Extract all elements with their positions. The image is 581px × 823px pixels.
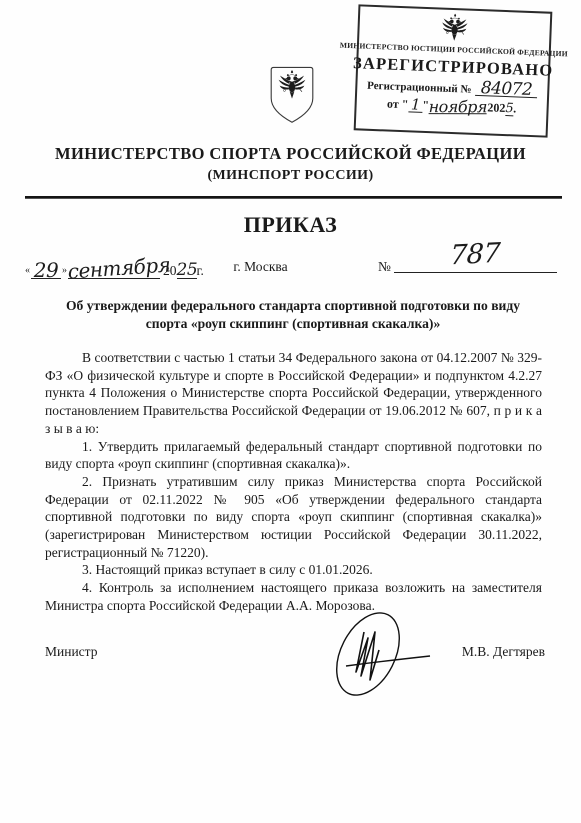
header-divider-rule [25,196,562,199]
ministry-subtitle: (МИНСПОРТ РОССИИ) [0,168,581,184]
stamp-eagle-icon [437,12,472,43]
order-number-label: № [378,259,391,275]
order-heading: ПРИКАЗ [0,212,581,238]
stamp-reg-label: Регистрационный № [367,80,472,96]
stamp-registration-line: Регистрационный № 84072 [367,77,538,99]
body-paragraph: 3. Настоящий приказ вступает в силу с 01… [45,561,542,579]
body-paragraph: 1. Утвердить прилагаемый федеральный ста… [45,438,542,473]
stamp-date-line: от "1"ноября2025. [387,96,517,116]
justice-registration-stamp: МИНИСТЕРСТВО ЮСТИЦИИ РОССИЙСКОЙ ФЕДЕРАЦИ… [354,4,553,137]
stamp-date-month-handwritten: ноября [429,100,487,114]
order-number-handwritten: 787 [450,241,501,270]
signer-role: Министр [45,644,97,660]
ministry-title: МИНИСТЕРСТВО СПОРТА РОССИЙСКОЙ ФЕДЕРАЦИИ [0,144,581,164]
stamp-reg-number-handwritten: 84072 [475,81,538,98]
order-meta-row: « 29 » сентября 20 25 г. г. Москва № 787 [0,240,581,285]
body-paragraph: 2. Признать утратившим силу приказ Минис… [45,473,542,562]
body-paragraph: 4. Контроль за исполнением настоящего пр… [45,579,542,614]
order-number-line: 787 [394,242,557,273]
stamp-date-year-printed: 202 [487,100,506,116]
order-subject: Об утверждении федерального стандарта сп… [55,297,531,332]
stamp-date-day-handwritten: 1 [408,98,423,113]
signer-name: М.В. Дегтярев [462,644,545,660]
order-body: В соответствии с частью 1 статьи 34 Феде… [45,349,542,615]
stamp-date-suffix: . [513,101,517,116]
state-emblem-icon [268,64,316,126]
document-page: МИНИСТЕРСТВО ЮСТИЦИИ РОССИЙСКОЙ ФЕДЕРАЦИ… [0,0,581,823]
body-paragraph: В соответствии с частью 1 статьи 34 Феде… [45,349,542,438]
handwritten-signature-icon [318,606,436,702]
stamp-date-prefix: от " [387,96,409,112]
